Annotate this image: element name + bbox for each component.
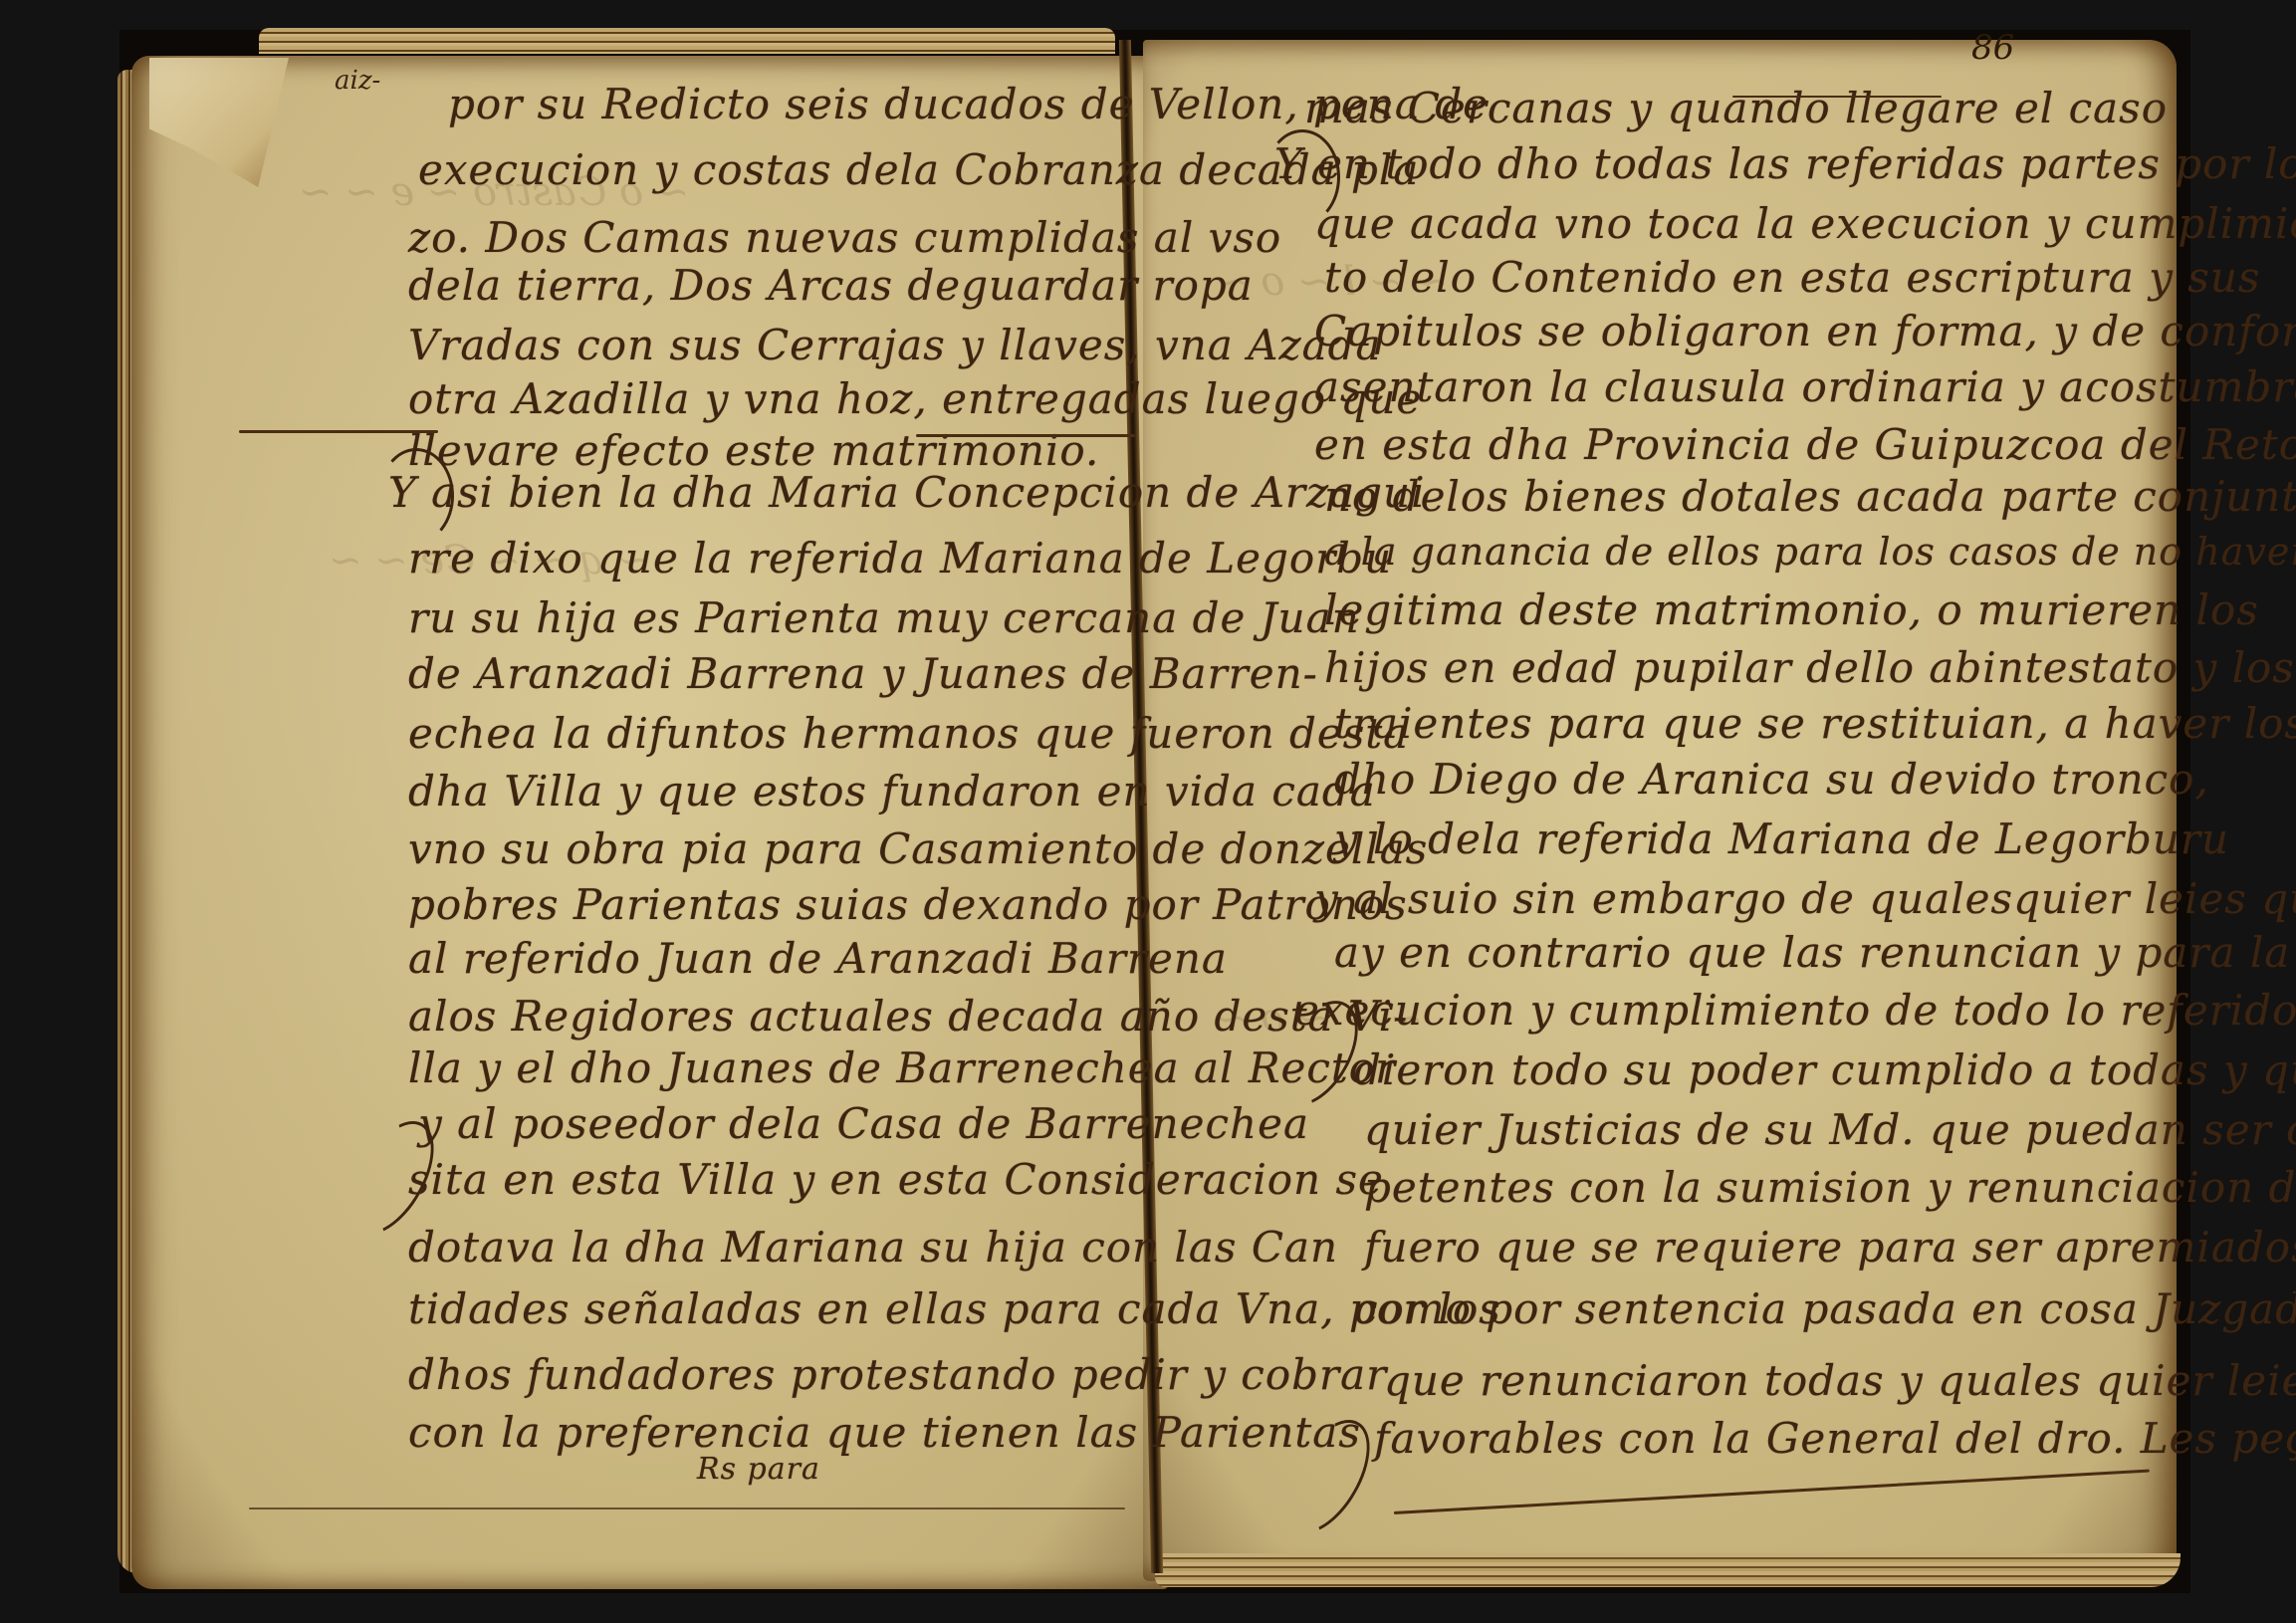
section-rule [916, 434, 1135, 437]
initial-flourish [378, 448, 454, 544]
closing-rule [249, 1507, 1125, 1509]
text-line: execucion y cumplimiento de todo lo refe… [1294, 986, 2296, 1035]
text-line: como por sentencia pasada en cosa Juzgad… [1354, 1284, 2296, 1333]
text-line: ay en contrario que las renuncian y para… [1334, 928, 2290, 977]
text-line: con la preferencia que tienen las Parien… [408, 1408, 1361, 1457]
margin-note: aiz- [335, 66, 380, 96]
text-line: pobres Parientas suias dexando por Patro… [408, 880, 1408, 929]
text-line: asentaron la clausula ordinaria y acostu… [1314, 362, 2296, 411]
section-rule [239, 430, 438, 433]
text-line: Y en todo dho todas las referidas partes… [1274, 139, 2296, 188]
text-line: Capitulos se obligaron en forma, y de co… [1314, 307, 2296, 355]
text-line: tidades señaladas en ellas para cada Vna… [408, 1284, 1501, 1333]
text-line: Vradas con sus Cerrajas y llaves, vna Az… [408, 321, 1382, 369]
text-line: en esta dha Provincia de Guipuzcoa del R… [1314, 420, 2296, 469]
line-filler-rule [1732, 96, 1942, 98]
text-line: al referido Juan de Aranzadi Barrena [408, 934, 1228, 983]
text-line: alos Regidores actuales decada año desta… [408, 992, 1408, 1041]
text-line: de Aranzadi Barrena y Juanes de Barren- [408, 649, 1318, 698]
text-line: quier Justicias de su Md. que puedan ser… [1364, 1105, 2296, 1154]
text-line: mas Cercanas y quando llegare el caso [1304, 84, 2168, 132]
manuscript-photo: ~ o Castro ~ e ~ ~ ~ q ~ ~ Ce ~ ~ ~ ~ l … [0, 0, 2296, 1623]
text-line: favorables con la General del dro. Les p… [1374, 1414, 2296, 1463]
page-edges-top [259, 28, 1115, 54]
text-line: dela tierra, Dos Arcas deguardar ropa [408, 261, 1254, 310]
text-line: sita en esta Villa y en esta Consideraci… [408, 1155, 1384, 1204]
text-line: Y asi bien la dha Maria Concepcion de Ar… [388, 468, 1426, 517]
text-line: traientes para que se restituian, a have… [1334, 699, 2296, 748]
text-line: no delos bienes dotales acada parte conj… [1324, 472, 2296, 521]
text-line: que renunciaron todas y quales quier lei… [1384, 1356, 2296, 1405]
text-line: a la ganancia de ellos para los casos de… [1324, 530, 2296, 574]
text-line: y al poseedor dela Casa de Barrenechea [418, 1099, 1309, 1148]
text-line: ru su hija es Parienta muy cercana de Ju… [408, 593, 1360, 642]
text-line: dha Villa y que estos fundaron en vida c… [408, 767, 1376, 815]
text-line: y al suio sin embargo de qualesquier lei… [1314, 874, 2296, 923]
text-line: rre dixo que la referida Mariana de Lego… [408, 534, 1392, 582]
text-line: dieron todo su poder cumplido a todas y … [1354, 1045, 2296, 1094]
text-line: que acada vno toca la execucion y cumpli… [1314, 199, 2296, 248]
text-line: fuero que se requiere para ser apremiado… [1364, 1223, 2296, 1272]
text-line: otra Azadilla y vna hoz, entregadas lueg… [408, 374, 1422, 423]
text-line: dho Diego de Aranica su devido tronco, [1334, 755, 2209, 804]
text-line: lla y el dho Juanes de Barrenechea al Re… [408, 1043, 1396, 1092]
initial-flourish [1264, 129, 1340, 225]
text-line: vno su obra pia para Casamiento de donze… [408, 824, 1428, 873]
text-line: zo. Dos Camas nuevas cumplidas al vso [408, 213, 1281, 262]
text-line: petentes con la sumision y renunciacion … [1364, 1163, 2296, 1212]
folio-number: 86 [1971, 28, 2014, 68]
text-line: echea la difuntos hermanos que fueron de… [408, 709, 1409, 758]
catchword: Rs para [697, 1452, 820, 1487]
text-line: to delo Contenido en esta escriptura y s… [1324, 253, 2260, 302]
text-line: y lo dela referida Mariana de Legorburu [1334, 814, 2229, 863]
text-line: hijos en edad pupilar dello abintestato … [1324, 643, 2296, 692]
text-line: dhos fundadores protestando pedir y cobr… [408, 1350, 1387, 1399]
text-line: legitima deste matrimonio, o murieren lo… [1324, 585, 2259, 634]
text-line: dotava la dha Mariana su hija con las Ca… [408, 1223, 1338, 1272]
page-edges-bottom [1155, 1553, 2181, 1587]
